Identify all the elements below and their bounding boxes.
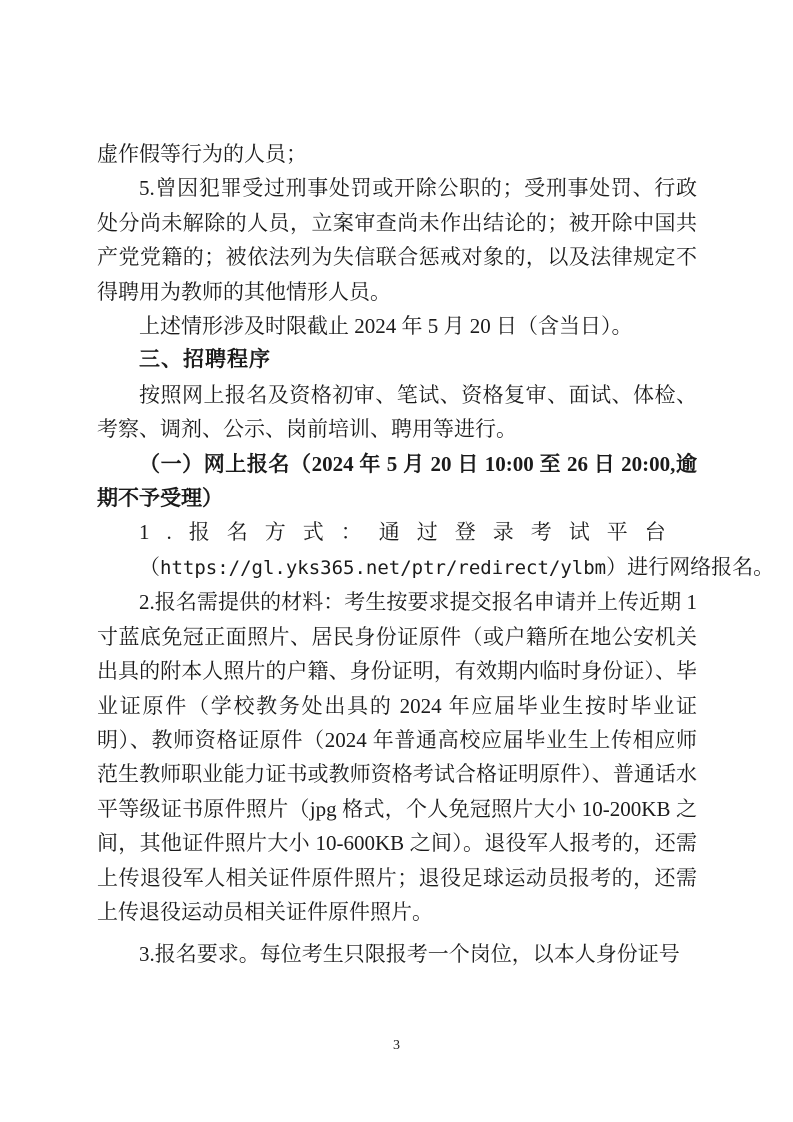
document-body: 虚作假等行为的人员； 5.曾因犯罪受过刑事处罚或开除公职的；受刑事处罚、行政处分… — [97, 137, 697, 972]
paragraph-continuation: 虚作假等行为的人员； — [97, 137, 697, 171]
page-number: 3 — [0, 1038, 793, 1054]
paragraph-registration-method: 1.报名方式：通过登录考试平台 — [97, 515, 697, 549]
document-page: 虚作假等行为的人员； 5.曾因犯罪受过刑事处罚或开除公职的；受刑事处罚、行政处分… — [0, 0, 793, 1122]
url-close-paren-and-text: ）进行网络报名。 — [606, 555, 774, 579]
paragraph-item5: 5.曾因犯罪受过刑事处罚或开除公职的；受刑事处罚、行政处分尚未解除的人员，立案审… — [97, 171, 697, 309]
paragraph-item2-materials: 2.报名需提供的材料：考生按要求提交报名申请并上传近期 1 寸蓝底免冠正面照片、… — [97, 585, 697, 929]
url-open-paren: （ — [139, 555, 160, 579]
paragraph-item3-requirements: 3.报名要求。每位考生只限报考一个岗位，以本人身份证号 — [97, 937, 697, 971]
section-heading-recruitment-procedure: 三、招聘程序 — [97, 343, 697, 377]
paragraph-deadline: 上述情形涉及时限截止 2024 年 5 月 20 日（含当日）。 — [97, 309, 697, 343]
registration-platform-url: https://gl.yks365.net/ptr/redirect/ylbm — [160, 557, 606, 579]
paragraph-registration-url-line: （https://gl.yks365.net/ptr/redirect/ylbm… — [97, 550, 697, 585]
subsection-heading-online-registration: （一）网上报名（2024 年 5 月 20 日 10:00 至 26 日 20:… — [97, 447, 697, 516]
paragraph-procedure-overview: 按照网上报名及资格初审、笔试、资格复审、面试、体检、考察、调剂、公示、岗前培训、… — [97, 378, 697, 447]
